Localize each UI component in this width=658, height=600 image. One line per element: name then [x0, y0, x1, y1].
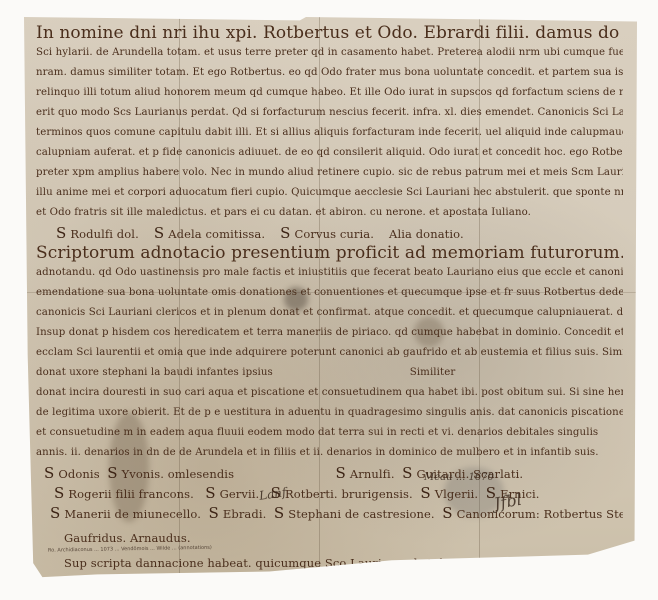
- signatory-name: Canonicorum: Rotbertus Stephanus Aymeric…: [457, 507, 623, 521]
- signum-mark: S: [56, 224, 66, 242]
- signatory-name: Arnulfi.: [350, 467, 395, 481]
- text-line: Scriptorum adnotacio presentium proficit…: [36, 243, 623, 263]
- text-line: illu anime mei et corpori aduocatum fier…: [36, 183, 623, 203]
- witness-name: Adela comitissa.: [168, 227, 265, 241]
- signatory-name: Rogerii filii francons.: [68, 487, 194, 501]
- text-line: Insup donat p hisdem cos heredicatem et …: [36, 323, 623, 343]
- archive-stamp: ARCHIVES DE ... Prieuré de ...: [386, 562, 426, 578]
- signatory-name: Ebradi.: [223, 507, 267, 521]
- text-line: terminos quos comune capitulu dabit illi…: [36, 123, 623, 143]
- parchment-charter: In nomine dni nri ihu xpi. Rotbertus et …: [24, 17, 637, 580]
- signatory-name: Rotberti. brurigensis.: [285, 487, 413, 501]
- signature-row: SOdonis SYvonis. omlesendis SArnulfi. SG…: [36, 463, 623, 483]
- signatory-name: Odonis: [58, 467, 99, 481]
- signatory-name: Gaufridus. Arnaudus.: [64, 531, 191, 545]
- closing-curse: Sup scripta dannacione habeat. quicumque…: [36, 553, 623, 573]
- text-line: adnotandu. qd Odo uastinensis pro male f…: [36, 263, 623, 283]
- text-line: ecclam Sci laurentii et omia que inde ad…: [36, 343, 623, 363]
- text-line: calupniam auferat. et p fide canonicis a…: [36, 143, 623, 163]
- signature-row: SRogerii filii francons. SGervii. SRotbe…: [36, 483, 623, 503]
- text-line: et Odo fratris sit ille maledictus. et p…: [36, 203, 623, 223]
- text-line: de legitima uxore obierit. Et de p e ues…: [36, 403, 623, 423]
- witness-line: SRodulfi dol. SAdela comitissa. SCorvus …: [36, 223, 623, 243]
- text-line: erit quo modo Scs Laurianus perdat. Qd s…: [36, 103, 623, 123]
- signatory-name: Yvonis. omlesendis: [122, 467, 234, 481]
- charter-text: In nomine dni nri ihu xpi. Rotbertus et …: [36, 23, 623, 573]
- signum-mark: S: [44, 464, 54, 482]
- text-line: preter xpm amplius habere volo. Nec in m…: [36, 163, 623, 183]
- signum-mark: S: [402, 464, 412, 482]
- text-line: Sci hylarii. de Arundella totam. et usus…: [36, 43, 623, 63]
- witness-name: Rodulfi dol.: [70, 227, 138, 241]
- signatory-name: Gervii.: [220, 487, 260, 501]
- signum-mark: S: [154, 224, 164, 242]
- signum-mark: S: [50, 504, 60, 522]
- signum-mark: S: [205, 484, 215, 502]
- signum-mark: S: [274, 504, 284, 522]
- signum-mark: S: [442, 504, 452, 522]
- autograph-scrawl: Meau ... 1670: [424, 472, 494, 483]
- signum-mark: S: [107, 464, 117, 482]
- signum-mark: S: [54, 484, 64, 502]
- text-line: In nomine dni nri ihu xpi. Rotbertus et …: [36, 23, 623, 43]
- signum-mark: S: [420, 484, 430, 502]
- signum-mark: S: [208, 504, 218, 522]
- text-line: annis. ii. denarios in dn de de Arundela…: [36, 443, 623, 463]
- signatory-name: Manerii de miunecello.: [64, 507, 201, 521]
- signatory-name: Vlgerii.: [435, 487, 478, 501]
- text-line: donat uxore stephani la baudi infantes i…: [36, 363, 623, 383]
- text-line: donat incira douresti in suo cari aqua e…: [36, 383, 623, 403]
- text-line: emendatione sua bona uoluntate omis dona…: [36, 283, 623, 303]
- witness-name: Alia donatio.: [389, 227, 464, 241]
- text-line: et consuetudine m in eadem aqua fluuii e…: [36, 423, 623, 443]
- witness-name: Corvus curia.: [295, 227, 375, 241]
- signatory-name: Stephani de castresione.: [288, 507, 434, 521]
- signum-mark: S: [336, 464, 346, 482]
- text-line: relinquo illi totum aliud honorem meum q…: [36, 83, 623, 103]
- text-line: canonicis Sci Lauriani clericos et in pl…: [36, 303, 623, 323]
- text-line: nram. damus similiter totam. Et ego Rotb…: [36, 63, 623, 83]
- signature-row: SManerii de miunecello. SEbradi. SStepha…: [36, 503, 623, 523]
- signum-mark: S: [280, 224, 290, 242]
